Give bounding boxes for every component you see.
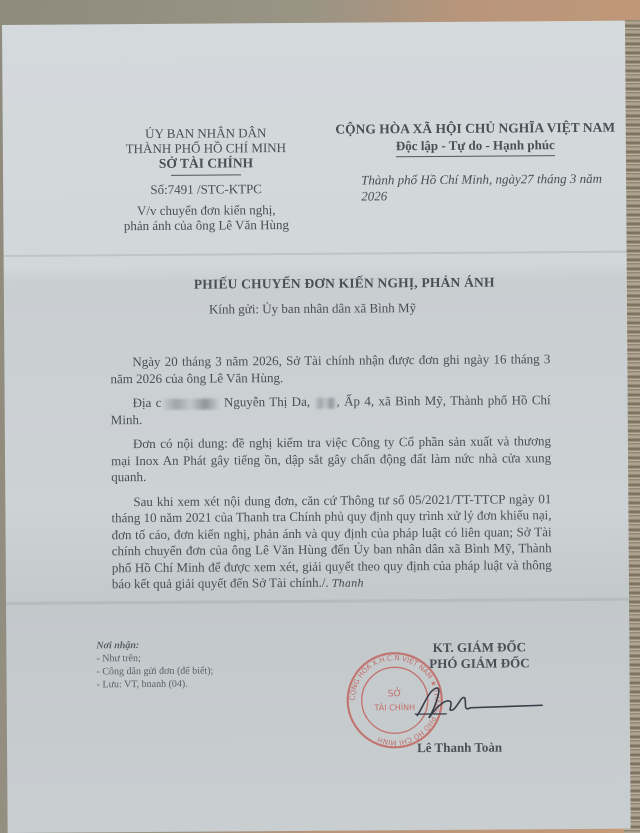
agency-name: SỞ TÀI CHÍNH bbox=[91, 155, 321, 172]
document-page: ỦY BAN NHÂN DÂN THÀNH PHỐ HỒ CHÍ MINH SỞ… bbox=[2, 21, 631, 833]
signature-title: KT. GIÁM ĐỐC PHÓ GIÁM ĐỐC bbox=[394, 639, 564, 672]
agency-parent-line2: THÀNH PHỐ HỒ CHÍ MINH bbox=[91, 140, 321, 157]
document-number: Số:7491 /STC-KTPC bbox=[91, 181, 321, 198]
header-rule bbox=[171, 174, 241, 175]
redacted-text bbox=[162, 398, 220, 409]
document-body: Ngày 20 tháng 3 năm 2026, Sở Tài chính n… bbox=[110, 351, 552, 603]
paragraph-received: Ngày 20 tháng 3 năm 2026, Sở Tài chính n… bbox=[110, 351, 550, 387]
signature-title-line2: PHÓ GIÁM ĐỐC bbox=[394, 655, 564, 672]
subject-line2: phản ánh của ông Lê Văn Hùng bbox=[91, 217, 321, 234]
agency-parent-line1: ỦY BAN NHÂN DÂN bbox=[91, 125, 321, 142]
place-date: Thành phố Hồ Chí Minh, ngày27 tháng 3 nă… bbox=[361, 171, 626, 205]
paragraph-content: Đơn có nội dung: đề nghị kiểm tra việc C… bbox=[111, 433, 551, 486]
national-motto: Độc lập - Tự do - Hạnh phúc bbox=[396, 136, 555, 157]
address-label: Địa c bbox=[133, 395, 162, 410]
issuing-agency-header: ỦY BAN NHÂN DÂN THÀNH PHỐ HỒ CHÍ MINH SỞ… bbox=[91, 125, 322, 234]
signature-title-line1: KT. GIÁM ĐỐC bbox=[394, 639, 564, 656]
svg-text:SỞ: SỞ bbox=[388, 687, 402, 699]
signer-name: Lê Thanh Toàn bbox=[417, 740, 502, 757]
paragraph-address: Địa c Nguyễn Thị Da, , Ấp 4, xã Bình Mỹ,… bbox=[111, 392, 551, 428]
nation-name: CỘNG HÒA XÃ HỘI CHỦ NGHĨA VIỆT NAM bbox=[328, 119, 623, 138]
paragraph-action: Sau khi xem xét nội dung đơn, căn cứ Thô… bbox=[111, 491, 552, 595]
handwritten-signature-icon bbox=[407, 683, 547, 724]
recipient-line: Kính gửi: Ủy ban nhân dân xã Bình Mỹ bbox=[209, 300, 416, 317]
subject-line1: V/v chuyển đơn kiến nghị, bbox=[91, 202, 321, 219]
action-text: Sau khi xem xét nội dung đơn, căn cứ Thô… bbox=[111, 491, 551, 592]
recipient-item: - Như trên; bbox=[96, 652, 213, 666]
recipient-item: - Công dân gửi đơn (để biết); bbox=[96, 665, 213, 679]
national-header: CỘNG HÒA XÃ HỘI CHỦ NGHĨA VIỆT NAM Độc l… bbox=[328, 119, 623, 158]
redacted-text bbox=[314, 397, 336, 408]
handwritten-initial: Thanh bbox=[332, 578, 364, 589]
paper-fold bbox=[4, 251, 627, 257]
document-title: PHIẾU CHUYỂN ĐƠN KIẾN NGHỊ, PHẢN ÁNH bbox=[194, 275, 495, 293]
recipients-block: Nơi nhận: - Như trên; - Công dân gửi đơn… bbox=[96, 639, 213, 692]
recipients-label: Nơi nhận: bbox=[96, 639, 213, 653]
recipient-item: - Lưu: VT, bnanh (04). bbox=[97, 678, 214, 692]
address-street: Nguyễn Thị Da, bbox=[224, 394, 310, 410]
